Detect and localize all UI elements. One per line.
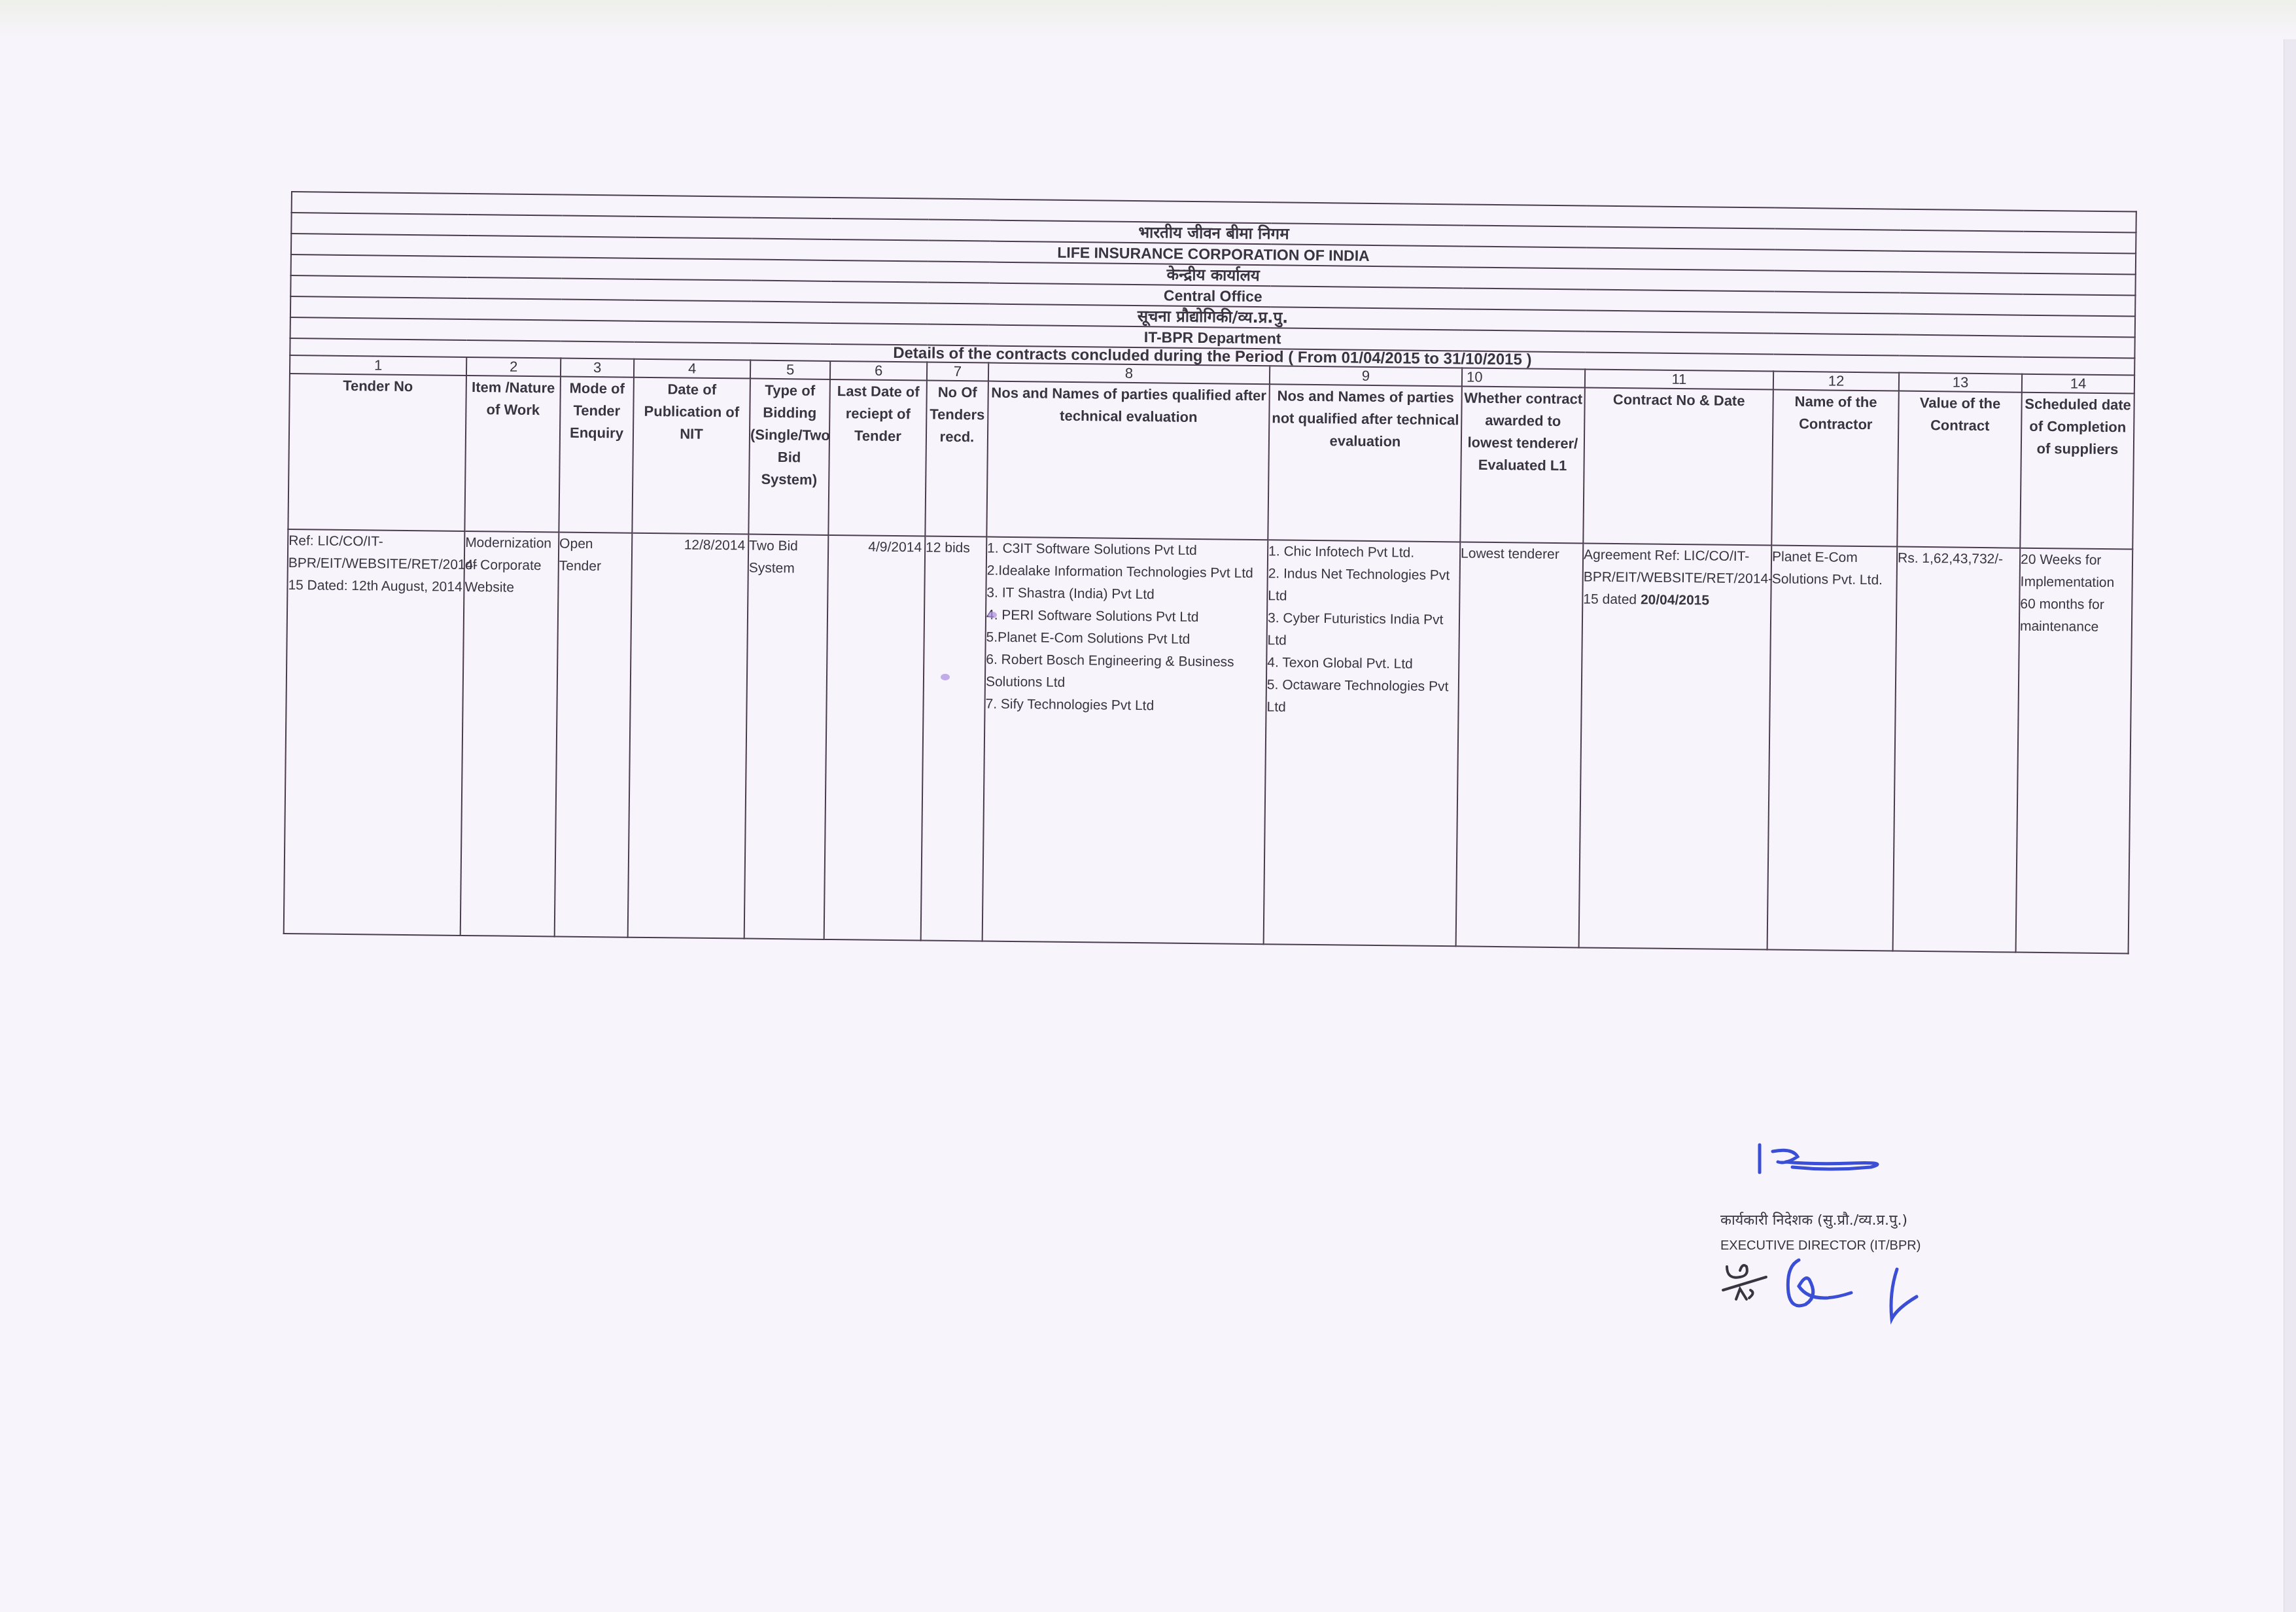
col-num: 2 (466, 357, 561, 377)
cell-bidding-type: Two Bid System (744, 534, 829, 939)
header-item: Item /Nature of Work (464, 376, 561, 533)
header-not-qualified: Nos and Names of parties not qualified a… (1268, 384, 1462, 542)
list-item: 6. Robert Bosch Engineering & Business S… (986, 649, 1266, 697)
cell-value: Rs. 1,62,43,732/- (1893, 547, 2021, 953)
initials-icon (1720, 1253, 1930, 1339)
cell-mode: Open Tender (555, 532, 633, 937)
cell-nit-date: 12/8/2014 (628, 533, 749, 939)
col-num: 9 (1270, 366, 1462, 386)
col-num: 14 (2022, 374, 2134, 394)
header-completion: Scheduled date of Completion of supplier… (2020, 393, 2134, 550)
cell-not-qualified: 1. Chic Infotech Pvt Ltd.2. Indus Net Te… (1264, 540, 1461, 946)
header-awarded-lowest: Whether contract awarded to lowest tende… (1460, 386, 1585, 543)
col-num: 11 (1585, 369, 1773, 389)
col-num: 12 (1773, 372, 1899, 391)
col-num: 13 (1899, 373, 2022, 393)
header-mode: Mode of Tender Enquiry (559, 376, 634, 533)
list-item: 3. Cyber Futuristics India Pvt Ltd (1267, 607, 1459, 654)
col-num: 1 (290, 355, 466, 376)
signatory-title-english: EXECUTIVE DIRECTOR (IT/BPR) (1720, 1238, 2047, 1253)
header-nit-date: Date of Publication of NIT (632, 377, 750, 534)
list-item: 7. Sify Technologies Pvt Ltd (985, 693, 1265, 719)
signature-icon (1720, 1138, 1917, 1178)
header-last-date: Last Date of reciept of Tender (828, 379, 927, 536)
col-num: 7 (927, 362, 988, 381)
list-item: 5.Planet E-Com Solutions Pvt Ltd (986, 627, 1266, 652)
contract-date: 20/04/2015 (1641, 592, 1709, 608)
cell-awarded-lowest: Lowest tenderer (1456, 542, 1584, 947)
column-header-row: Tender No Item /Nature of Work Mode of T… (288, 374, 2134, 550)
cell-item: Modernization of Corporate Website (461, 531, 559, 937)
signature-block: कार्यकारी निदेशक (सु.प्रौ./व्य.प्र.पु.) … (1720, 1138, 2047, 1342)
cell-completion: 20 Weeks for Implementation 60 months fo… (2016, 548, 2133, 954)
contracts-table: भारतीय जीवन बीमा निगम LIFE INSURANCE COR… (283, 191, 2137, 954)
header-contract-no: Contract No & Date (1583, 387, 1773, 545)
col-num: 10 (1462, 368, 1585, 387)
header-contractor: Name of the Contractor (1771, 390, 1899, 547)
list-item: 3. IT Shastra (India) Pvt Ltd (986, 582, 1266, 608)
header-value: Value of the Contract (1897, 391, 2022, 548)
col-num: 6 (830, 361, 927, 381)
header-tender-no: Tender No (288, 374, 466, 531)
list-item: 4. PERI Software Solutions Pvt Ltd (986, 604, 1266, 630)
cell-contract-no: Agreement Ref: LIC/CO/IT-BPR/EIT/WEBSITE… (1579, 543, 1772, 949)
list-item: 5. Octaware Technologies Pvt Ltd (1266, 674, 1458, 720)
scan-top-edge (0, 0, 2296, 39)
list-item: 1. Chic Infotech Pvt Ltd. (1268, 540, 1459, 565)
col-num: 5 (750, 360, 830, 379)
list-item: 1. C3IT Software Solutions Pvt Ltd (987, 538, 1267, 563)
cell-tenders-received: 12 bids (921, 536, 987, 941)
col-num: 3 (561, 358, 634, 377)
header-tenders-received: No Of Tenders recd. (925, 381, 988, 537)
list-item: 2. Indus Net Technologies Pvt Ltd (1268, 563, 1459, 609)
table-row: Ref: LIC/CO/IT-BPR/EIT/WEBSITE/RET/2014-… (284, 529, 2133, 953)
ink-smudge (941, 674, 950, 680)
cell-tender-no: Ref: LIC/CO/IT-BPR/EIT/WEBSITE/RET/2014-… (284, 529, 465, 936)
list-item: 2.Idealake Information Technologies Pvt … (987, 560, 1267, 586)
ink-smudge (988, 612, 997, 618)
qualified-parties-list: 1. C3IT Software Solutions Pvt Ltd2.Idea… (985, 538, 1267, 719)
cell-qualified: 1. C3IT Software Solutions Pvt Ltd2.Idea… (983, 537, 1268, 945)
header-bidding-type: Type of Bidding (Single/Two Bid System) (748, 379, 830, 535)
signatory-title-hindi: कार्यकारी निदेशक (सु.प्रौ./व्य.प्र.पु.) (1720, 1210, 2047, 1229)
contracts-table-sheet: भारतीय जीवन बीमा निगम LIFE INSURANCE COR… (283, 191, 2136, 954)
list-item: 4. Texon Global Pvt. Ltd (1267, 652, 1458, 676)
header-qualified: Nos and Names of parties qualified after… (986, 381, 1270, 540)
col-num: 4 (634, 359, 750, 379)
not-qualified-parties-list: 1. Chic Infotech Pvt Ltd.2. Indus Net Te… (1266, 540, 1459, 720)
cell-contractor: Planet E-Com Solutions Pvt. Ltd. (1767, 546, 1898, 951)
scan-right-edge (2284, 39, 2296, 1612)
cell-last-date: 4/9/2014 (824, 535, 926, 941)
